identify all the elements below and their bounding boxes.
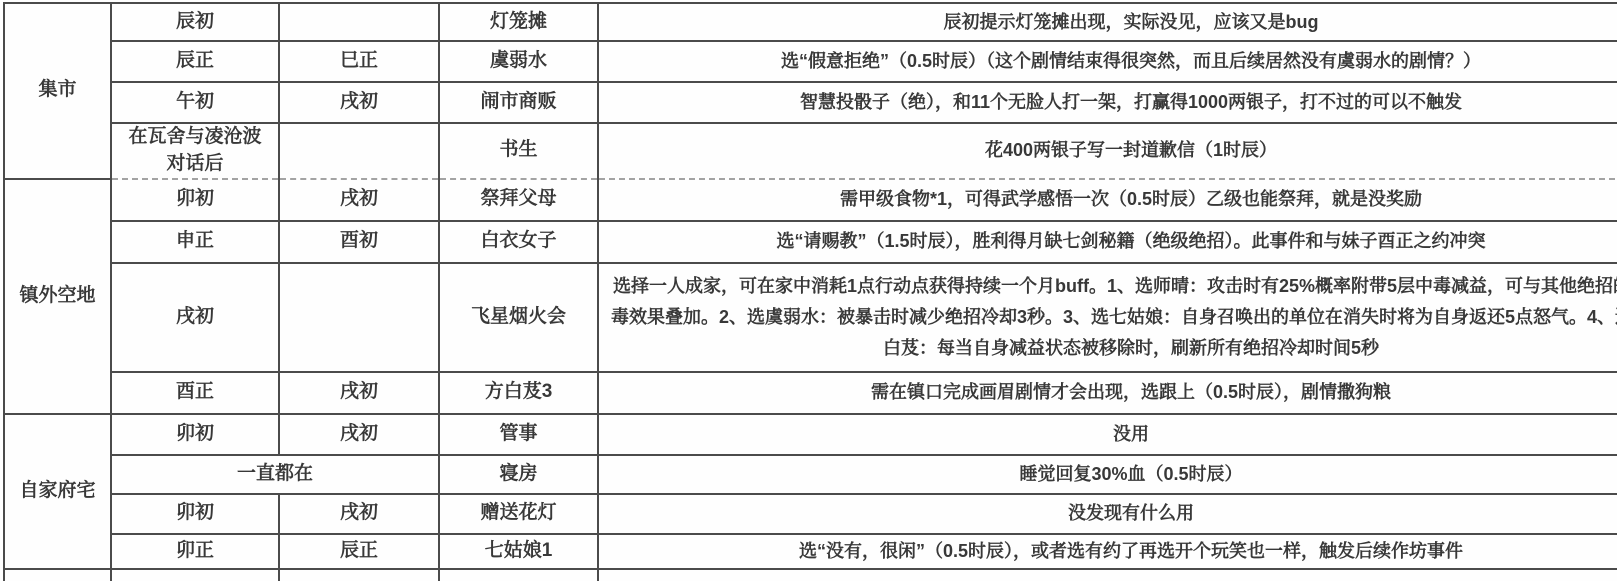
cell-description: 没用: [598, 414, 1617, 455]
cell-end-time: 戌初: [279, 494, 439, 534]
cell-description: 没发现有什么用: [598, 494, 1617, 534]
cell-end-time-empty: [279, 3, 439, 41]
cell-event: 灯笼摊: [439, 3, 598, 41]
cell-description: 选“请赐教”（1.5时辰），胜利得月缺七剑秘籍（绝级绝招）。此事件和与妹子酉正之…: [598, 221, 1617, 263]
cell-start-time: 卯正: [111, 534, 279, 568]
cell-end-time: 巳正: [279, 41, 439, 82]
cell-end-time-empty: [279, 123, 439, 179]
cell-event: 书生: [439, 123, 598, 179]
cell-event: 祭拜父母: [439, 179, 598, 221]
cell-location-clearing: 镇外空地: [4, 179, 111, 414]
cell-end-time: 戌初: [279, 372, 439, 414]
cell-start-time: 戌初: [111, 263, 279, 372]
cell-start-time: 酉正: [111, 372, 279, 414]
cell-location-market: 集市: [4, 3, 111, 179]
cell-description: 选择一人成家，可在家中消耗1点行动点获得持续一个月buff。1、选师晴：攻击时有…: [598, 263, 1617, 372]
event-schedule-table: 集市 辰初 灯笼摊 辰初提示灯笼摊出现，实际没见，应该又是bug 辰正 巳正 虞…: [3, 2, 1617, 568]
cell-start-time: 申正: [111, 221, 279, 263]
cell-end-time: 戌初: [279, 414, 439, 455]
cell-end-time: 辰正: [279, 534, 439, 568]
cell-event: 方白芨3: [439, 372, 598, 414]
cell-event: 赠送花灯: [439, 494, 598, 534]
cell-description: 选“没有，很闲”（0.5时辰），或者选有约了再选开个玩笑也一样，触发后续作坊事件: [598, 534, 1617, 568]
cell-start-time: 辰初: [111, 3, 279, 41]
cell-description: 花400两银子写一封道歉信（1时辰）: [598, 123, 1617, 179]
cell-start-time: 卯初: [111, 494, 279, 534]
cell-time-always: 一直都在: [111, 455, 439, 494]
cell-event: 管事: [439, 414, 598, 455]
cell-description: 睡觉回复30%血（0.5时辰）: [598, 455, 1617, 494]
cell-event: 七姑娘1: [439, 534, 598, 568]
cell-start-time: 卯初: [111, 414, 279, 455]
cell-end-time: 戌初: [279, 179, 439, 221]
cell-description: 需在镇口完成画眉剧情才会出现，选跟上（0.5时辰），剧情撒狗粮: [598, 372, 1617, 414]
cell-event: 白衣女子: [439, 221, 598, 263]
cell-description: 辰初提示灯笼摊出现，实际没见，应该又是bug: [598, 3, 1617, 41]
cell-description: 需甲级食物*1，可得武学感悟一次（0.5时辰）乙级也能祭拜，就是没奖励: [598, 179, 1617, 221]
cell-end-time-empty: [279, 263, 439, 372]
cell-event: 飞星烟火会: [439, 263, 598, 372]
cell-location-home: 自家府宅: [4, 414, 111, 568]
cell-event: 闹市商贩: [439, 82, 598, 123]
cell-event: 虞弱水: [439, 41, 598, 82]
cell-end-time: 戌初: [279, 82, 439, 123]
cell-event: 寝房: [439, 455, 598, 494]
cell-start-time: 辰正: [111, 41, 279, 82]
cell-start-time: 卯初: [111, 179, 279, 221]
cell-start-condition: 在瓦舍与凌沧波对话后: [111, 123, 279, 179]
schedule-grid: 集市 辰初 灯笼摊 辰初提示灯笼摊出现，实际没见，应该又是bug 辰正 巳正 虞…: [3, 2, 1617, 568]
cell-description: 智慧投骰子（绝），和11个无脸人打一架，打赢得1000两银子，打不过的可以不触发: [598, 82, 1617, 123]
cell-description: 选“假意拒绝”（0.5时辰）（这个剧情结束得很突然，而且后续居然没有虞弱水的剧情…: [598, 41, 1617, 82]
cell-end-time: 酉初: [279, 221, 439, 263]
cell-start-time: 午初: [111, 82, 279, 123]
